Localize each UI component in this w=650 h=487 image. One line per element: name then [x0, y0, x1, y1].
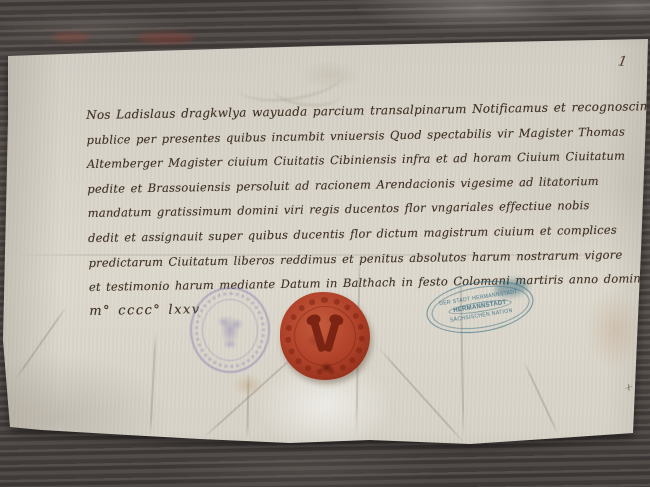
corner-ink-mark: x: [624, 381, 634, 393]
wax-seal-inner-ring: [294, 306, 356, 366]
paper-crease: [246, 372, 249, 438]
paper-crease: [14, 306, 67, 381]
violet-stamp-emblem: [202, 299, 258, 361]
paper-crease: [377, 346, 465, 444]
paper-wrapper: Nos Ladislaus dragkwlya wayuada parcium …: [0, 0, 650, 487]
photo-of-manuscript: Nos Ladislaus dragkwlya wayuada parcium …: [0, 0, 650, 487]
red-wax-seal: [280, 292, 370, 380]
violet-round-stamp: [190, 287, 270, 373]
page-number: 1: [617, 53, 629, 70]
manuscript-paper: Nos Ladislaus dragkwlya wayuada parcium …: [0, 0, 650, 487]
manuscript-text: Nos Ladislaus dragkwlya wayuada parcium …: [86, 94, 641, 324]
paper-crease: [149, 332, 156, 436]
paper-crease: [523, 361, 559, 434]
